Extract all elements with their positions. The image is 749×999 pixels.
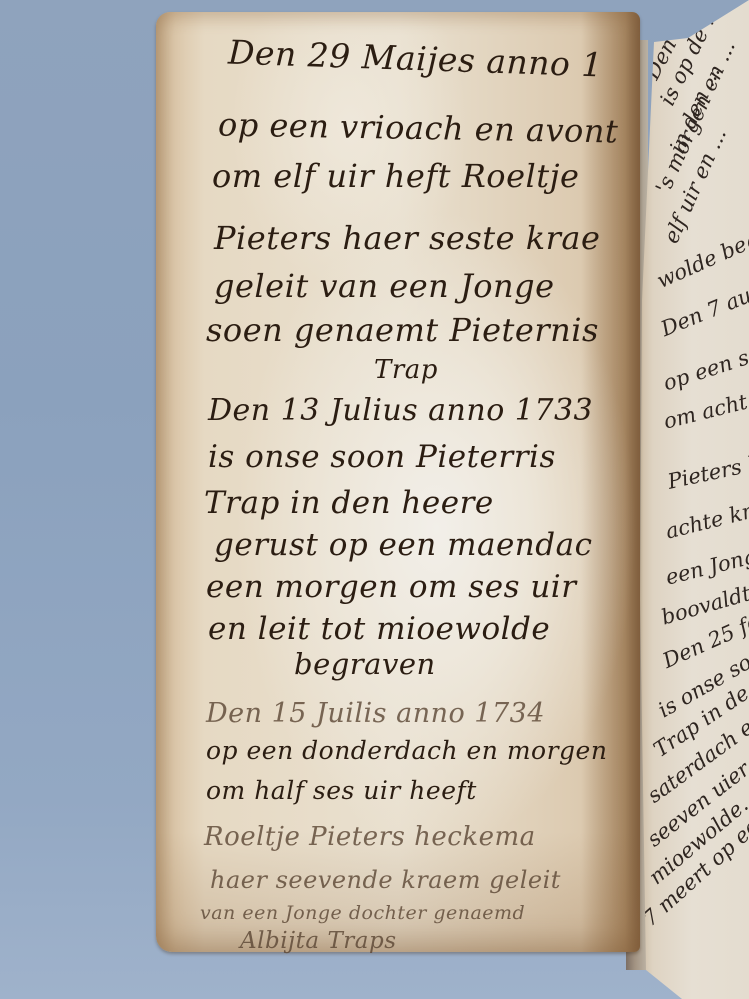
entry-2-line-7: begraven: [294, 650, 436, 679]
entry-2-line-4: gerust op een maendac: [214, 530, 592, 561]
entry-2-line-6: en leit tot mioewolde: [208, 614, 550, 645]
entry-2-line-2: is onse soon Pieterris: [208, 442, 556, 473]
entry-3-line-1: Den 15 Juilis anno 1734: [206, 700, 545, 727]
entry-1-line-5: geleit van een Jonge: [214, 270, 555, 302]
left-page: Den 29 Maijes anno 1 op een vrioach en a…: [156, 12, 640, 952]
entry-1-line-4: Pieters haer seste krae: [214, 222, 600, 254]
entry-3-line-6: van een Jonge dochter genaemd: [200, 904, 525, 923]
entry-2-line-1: Den 13 Julius anno 1733: [208, 396, 593, 426]
entry-1-line-3: om elf uir heft Roeltje: [212, 160, 579, 192]
entry-1-line-2: op een vrioach en avont: [218, 109, 619, 148]
entry-3-line-4: Roeltje Pieters heckema: [204, 824, 536, 850]
entry-3-line-7: Albijta Traps: [240, 930, 397, 953]
entry-1-line-1: Den 29 Maijes anno 1: [228, 35, 604, 81]
entry-2-line-3: Trap in den heere: [204, 488, 494, 519]
entry-2-line-5: een morgen om ses uir: [206, 572, 577, 603]
entry-3-line-5: haer seevende kraem geleit: [210, 868, 561, 892]
right-line: Pieters he...: [666, 444, 749, 494]
entry-3-line-3: om half ses uir heeft: [206, 778, 477, 803]
entry-2-surname: Trap: [374, 357, 438, 383]
entry-1-line-6: soen genaemt Pieternis: [206, 314, 599, 346]
entry-3-line-2: op een donderdach en morgen: [206, 738, 607, 763]
photo-scene: Den 2... is op de ... in den ... 's morg…: [0, 0, 749, 999]
left-page-text: Den 29 Maijes anno 1 op een vrioach en a…: [156, 12, 640, 952]
right-facing-page: Den 2... is op de ... in den ... 's morg…: [636, 0, 749, 999]
